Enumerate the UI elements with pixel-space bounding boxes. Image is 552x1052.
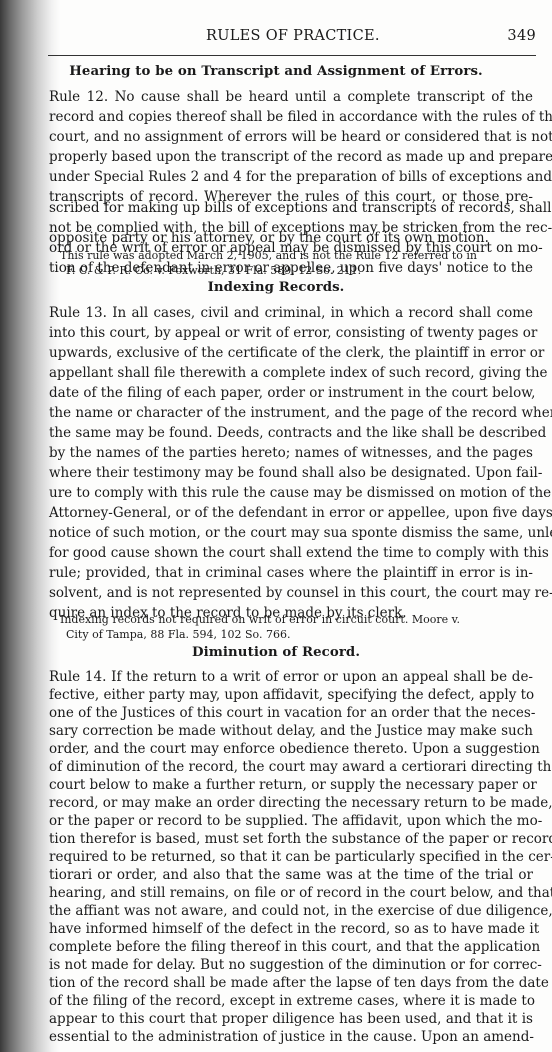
body-line: is not made for delay. But no suggestion… (49, 956, 533, 974)
page-number: 349 (507, 28, 536, 44)
running-title: RULES OF PRACTICE. (206, 28, 380, 44)
footnote-line: This rule was adopted March 2, 1905, and… (60, 248, 490, 263)
body-line: ure to comply with this rule the cause m… (49, 484, 533, 502)
body-line: court, and no assignment of errors will … (49, 128, 533, 146)
body-line: tion therefor is based, must set forth t… (49, 830, 533, 848)
body-line: upwards, exclusive of the certificate of… (49, 344, 533, 362)
body-line: tiorari or order, and also that the same… (49, 866, 533, 884)
body-line: appear to this court that proper diligen… (49, 1010, 533, 1028)
body-line: or the paper or record to be supplied. T… (49, 812, 533, 830)
body-line: of the filing of the record, except in e… (49, 992, 533, 1010)
body-line: Attorney-General, or of the defendant in… (49, 504, 533, 522)
body-line: date of the filing of each paper, order … (49, 384, 533, 402)
body-line: where their testimony may be found shall… (49, 464, 533, 482)
body-line: Rule 13. In all cases, civil and crimina… (49, 304, 533, 322)
body-line: the affiant was not aware, and could not… (49, 902, 533, 920)
footnote-line: City of Tampa, 88 Fla. 594, 102 So. 766. (66, 627, 496, 642)
body-line: rule; provided, that in criminal cases w… (49, 564, 533, 582)
body-line: essential to the administration of justi… (49, 1028, 533, 1046)
section-heading-rule-13: Indexing Records. (0, 280, 552, 295)
body-line: under Special Rules 2 and 4 for the prep… (49, 168, 533, 186)
body-line: appellant shall file therewith a complet… (49, 364, 533, 382)
section-heading-rule-12: Hearing to be on Transcript and Assignme… (0, 64, 552, 79)
body-line: the name or character of the instrument,… (49, 404, 533, 422)
header-rule (48, 55, 536, 56)
body-line: complete before the filing thereof in th… (49, 938, 533, 956)
body-line: by the names of the parties hereto; name… (49, 444, 533, 462)
body-line: the same may be found. Deeds, contracts … (49, 424, 533, 442)
body-line: record, or may make an order directing t… (49, 794, 533, 812)
body-line: Rule 14. If the return to a writ of erro… (49, 668, 533, 686)
body-line: record and copies thereof shall be filed… (49, 108, 533, 126)
body-line: Rule 12. No cause shall be heard until a… (49, 88, 533, 106)
body-line: scribed for making up bills of exception… (49, 199, 533, 217)
book-page: RULES OF PRACTICE. 349 Hearing to be on … (0, 0, 552, 1052)
body-line: sary correction be made without delay, a… (49, 722, 533, 740)
running-head: RULES OF PRACTICE. 349 (46, 28, 536, 48)
footnote-line: Indexing records not required on writ of… (60, 612, 490, 627)
body-line: required to be returned, so that it can … (49, 848, 533, 866)
body-line: tion of the record shall be made after t… (49, 974, 533, 992)
body-line: have informed himself of the defect in t… (49, 920, 533, 938)
body-line: solvent, and is not represented by couns… (49, 584, 533, 602)
body-line: notice of such motion, or the court may … (49, 524, 533, 542)
body-line: order, and the court may enforce obedien… (49, 740, 533, 758)
body-line: hearing, and still remains, on file or o… (49, 884, 533, 902)
footnote-line: F. C. & P. R. Co. v. Foxworth, 31 Fla. 5… (66, 263, 496, 278)
body-line: into this court, by appeal or writ of er… (49, 324, 533, 342)
section-heading-rule-14: Diminution of Record. (0, 645, 552, 660)
body-line: of diminution of the record, the court m… (49, 758, 533, 776)
body-line: for good cause shown the court shall ext… (49, 544, 533, 562)
body-line: properly based upon the transcript of th… (49, 148, 533, 166)
body-line: fective, either party may, upon affidavi… (49, 686, 533, 704)
body-line: opposite party or his attorney, or by th… (49, 229, 533, 247)
body-line: court below to make a further return, or… (49, 776, 533, 794)
body-line: one of the Justices of this court in vac… (49, 704, 533, 722)
